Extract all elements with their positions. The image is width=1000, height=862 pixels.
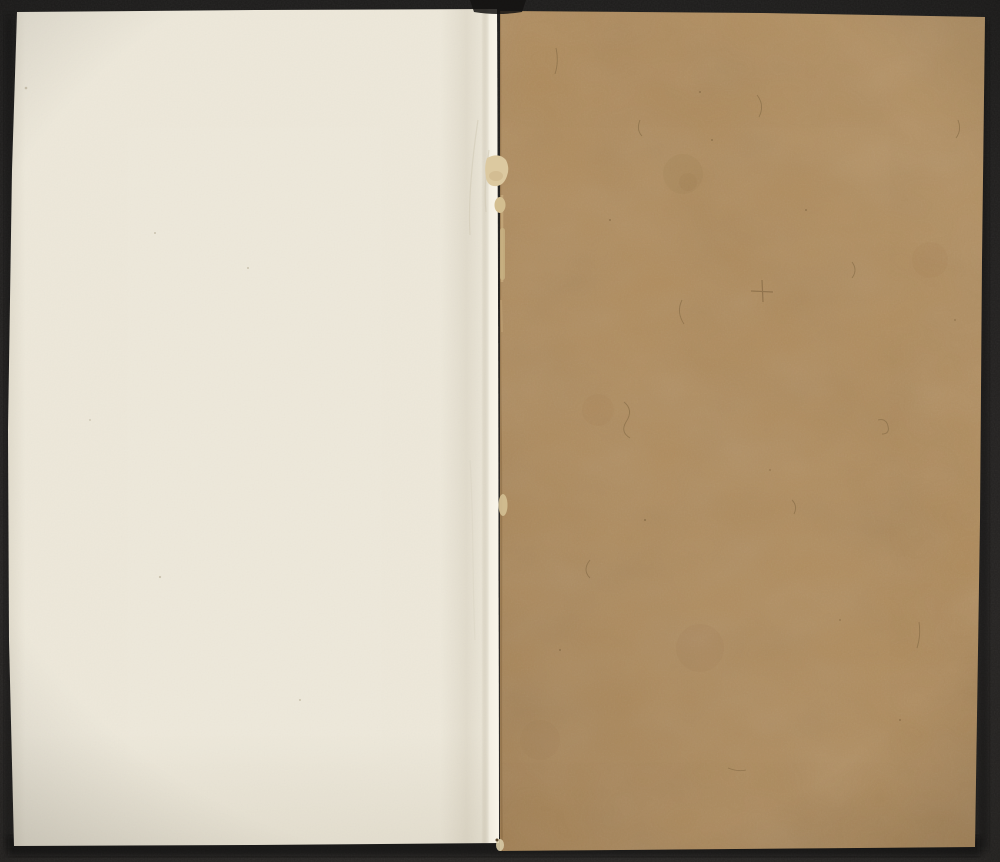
scan-stage	[0, 0, 1000, 862]
vignette	[0, 0, 1000, 862]
book-scan	[0, 0, 1000, 862]
